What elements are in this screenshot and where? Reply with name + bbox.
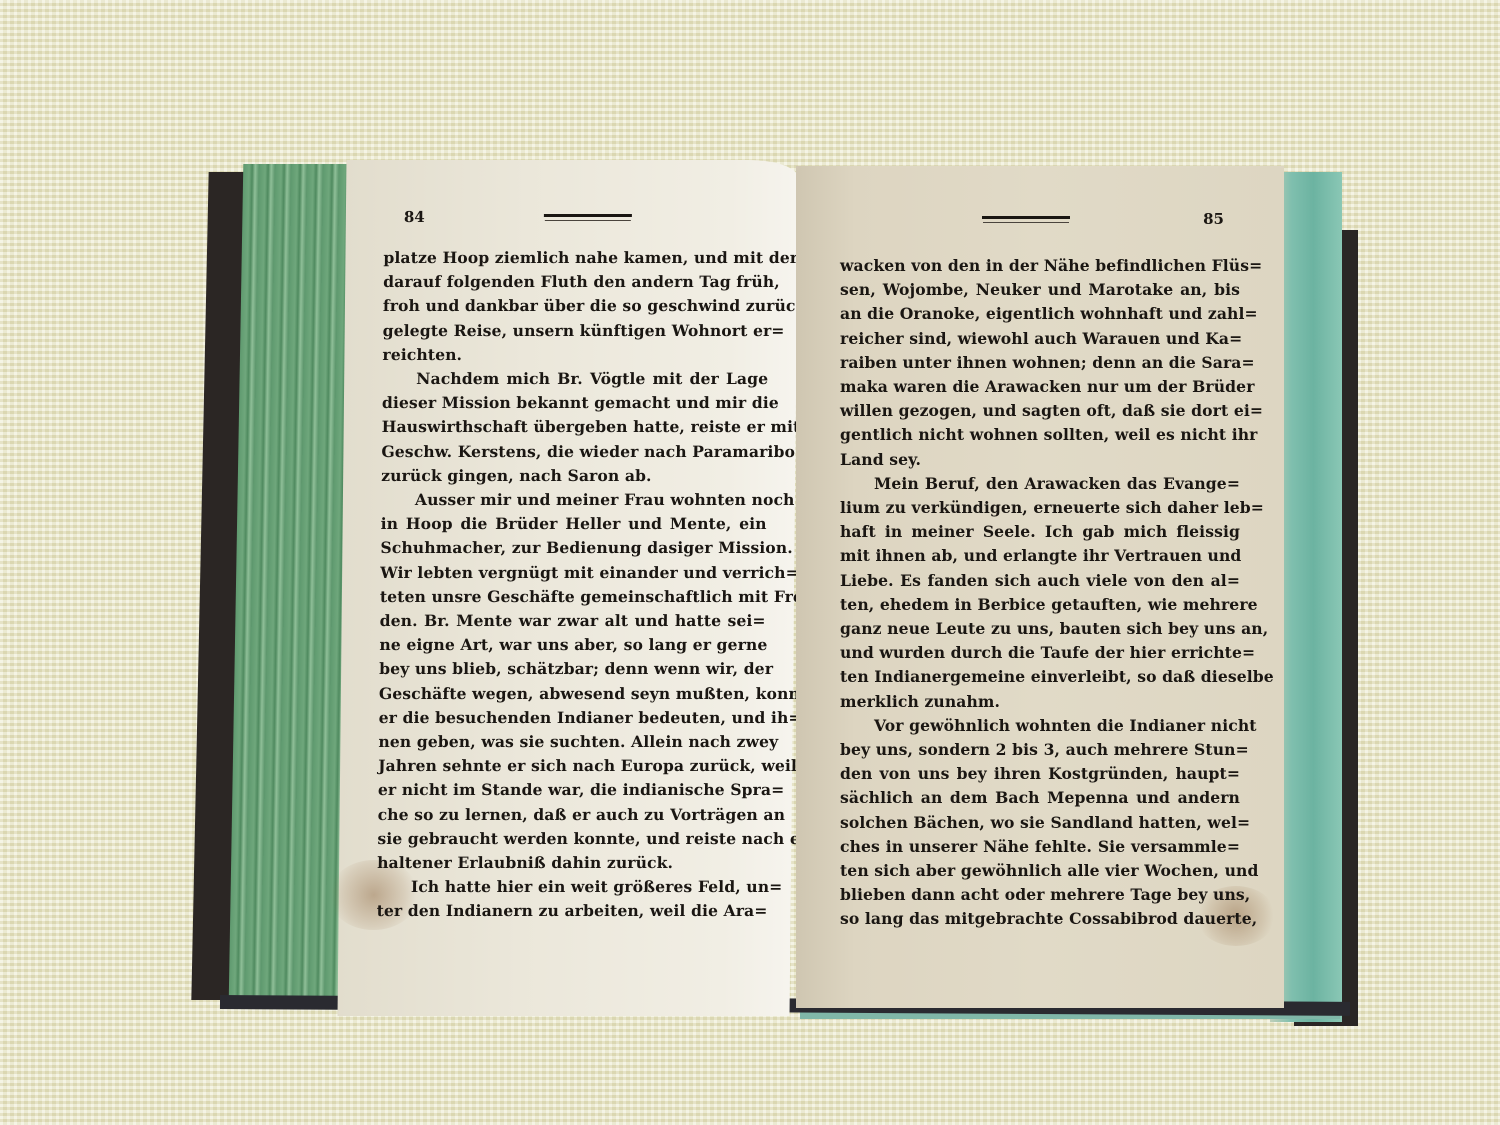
text-line: ganz neue Leute zu uns, bauten sich bey … (840, 617, 1240, 641)
text-line: bey uns blieb, schätzbar; denn wenn wir,… (379, 657, 765, 681)
text-line: solchen Bächen, wo sie Sandland hatten, … (840, 811, 1240, 835)
right-page-text: wacken von den in der Nähe befindlichen … (840, 254, 1240, 932)
header-rule-right (982, 216, 1070, 219)
text-line: lium zu verkündigen, erneuerte sich dahe… (840, 496, 1240, 520)
header-rule-left (544, 214, 632, 217)
text-line: merklich zunahm. (840, 690, 1240, 714)
book-photo-scene: 84 platze Hoop ziemlich nahe kamen, und … (0, 0, 1500, 1125)
text-line: nen geben, was sie suchten. Allein nach … (378, 730, 764, 754)
page-number-right: 85 (1203, 210, 1224, 228)
text-line: raiben unter ihnen wohnen; denn an die S… (840, 351, 1240, 375)
text-line: ne eigne Art, war uns aber, so lang er g… (379, 633, 765, 657)
text-line: teten unsre Geschäfte gemeinschaftlich m… (380, 585, 766, 609)
text-line: Land sey. (840, 448, 1240, 472)
left-page: 84 platze Hoop ziemlich nahe kamen, und … (338, 160, 799, 1016)
text-line: so lang das mitgebrachte Cossabibrod dau… (840, 907, 1240, 931)
text-line: er die besuchenden Indianer bedeuten, un… (379, 706, 765, 730)
text-line: willen gezogen, und sagten oft, daß sie … (840, 399, 1240, 423)
text-line: wacken von den in der Nähe befindlichen … (840, 254, 1240, 278)
text-line: Nachdem mich Br. Vögtle mit der Lage (382, 367, 768, 391)
text-line: blieben dann acht oder mehrere Tage bey … (840, 883, 1240, 907)
text-line: Wir lebten vergnügt mit einander und ver… (380, 561, 766, 585)
text-line: bey uns, sondern 2 bis 3, auch mehrere S… (840, 738, 1240, 762)
text-line: haltener Erlaubniß dahin zurück. (377, 851, 763, 875)
text-line: dieser Mission bekannt gemacht und mir d… (382, 391, 768, 415)
text-line: den. Br. Mente war zwar alt und hatte se… (380, 609, 766, 633)
page-number-left: 84 (404, 208, 425, 226)
text-line: sie gebraucht werden konnte, und reiste … (377, 827, 763, 851)
left-page-text: platze Hoop ziemlich nahe kamen, und mit… (376, 246, 769, 924)
text-line: Hauswirthschaft übergeben hatte, reiste … (382, 415, 768, 439)
text-line: Ich hatte hier ein weit größeres Feld, u… (377, 875, 763, 899)
text-line: che so zu lernen, daß er auch zu Vorträg… (377, 803, 763, 827)
text-line: ten, ehedem in Berbice getauften, wie me… (840, 593, 1240, 617)
text-line: Geschäfte wegen, abwesend seyn mußten, k… (379, 682, 765, 706)
text-line: reichten. (382, 343, 768, 367)
text-line: Vor gewöhnlich wohnten die Indianer nich… (840, 714, 1240, 738)
text-line: maka waren die Arawacken nur um der Brüd… (840, 375, 1240, 399)
text-line: platze Hoop ziemlich nahe kamen, und mit… (383, 246, 769, 270)
text-line: sen, Wojombe, Neuker und Marotake an, bi… (840, 278, 1240, 302)
text-line: Schuhmacher, zur Bedienung dasiger Missi… (380, 536, 766, 560)
right-page: 85 wacken von den in der Nähe befindlich… (796, 166, 1284, 1008)
text-line: darauf folgenden Fluth den andern Tag fr… (383, 270, 769, 294)
text-line: den von uns bey ihren Kostgründen, haupt… (840, 762, 1240, 786)
text-line: zurück gingen, nach Saron ab. (381, 464, 767, 488)
text-line: froh und dankbar über die so geschwind z… (383, 294, 769, 318)
text-line: und wurden durch die Taufe der hier erri… (840, 641, 1240, 665)
text-line: ches in unserer Nähe fehlte. Sie versamm… (840, 835, 1240, 859)
text-line: Jahren sehnte er sich nach Europa zurück… (378, 754, 764, 778)
text-line: haft in meiner Seele. Ich gab mich fleis… (840, 520, 1240, 544)
text-line: ten sich aber gewöhnlich alle vier Woche… (840, 859, 1240, 883)
text-line: ter den Indianern zu arbeiten, weil die … (376, 899, 762, 923)
text-line: in Hoop die Brüder Heller und Mente, ein (381, 512, 767, 536)
text-line: reicher sind, wiewohl auch Warauen und K… (840, 327, 1240, 351)
text-line: Mein Beruf, den Arawacken das Evange= (840, 472, 1240, 496)
text-line: gentlich nicht wohnen sollten, weil es n… (840, 423, 1240, 447)
text-line: mit ihnen ab, und erlangte ihr Vertrauen… (840, 544, 1240, 568)
text-line: Liebe. Es fanden sich auch viele von den… (840, 569, 1240, 593)
text-line: er nicht im Stande war, die indianische … (378, 778, 764, 802)
text-line: gelegte Reise, unsern künftigen Wohnort … (383, 319, 769, 343)
text-line: ten Indianergemeine einverleibt, so daß … (840, 665, 1240, 689)
text-line: an die Oranoke, eigentlich wohnhaft und … (840, 302, 1240, 326)
text-line: Ausser mir und meiner Frau wohnten noch (381, 488, 767, 512)
text-line: sächlich an dem Bach Mepenna und andern (840, 786, 1240, 810)
text-line: Geschw. Kerstens, die wieder nach Parama… (381, 440, 767, 464)
